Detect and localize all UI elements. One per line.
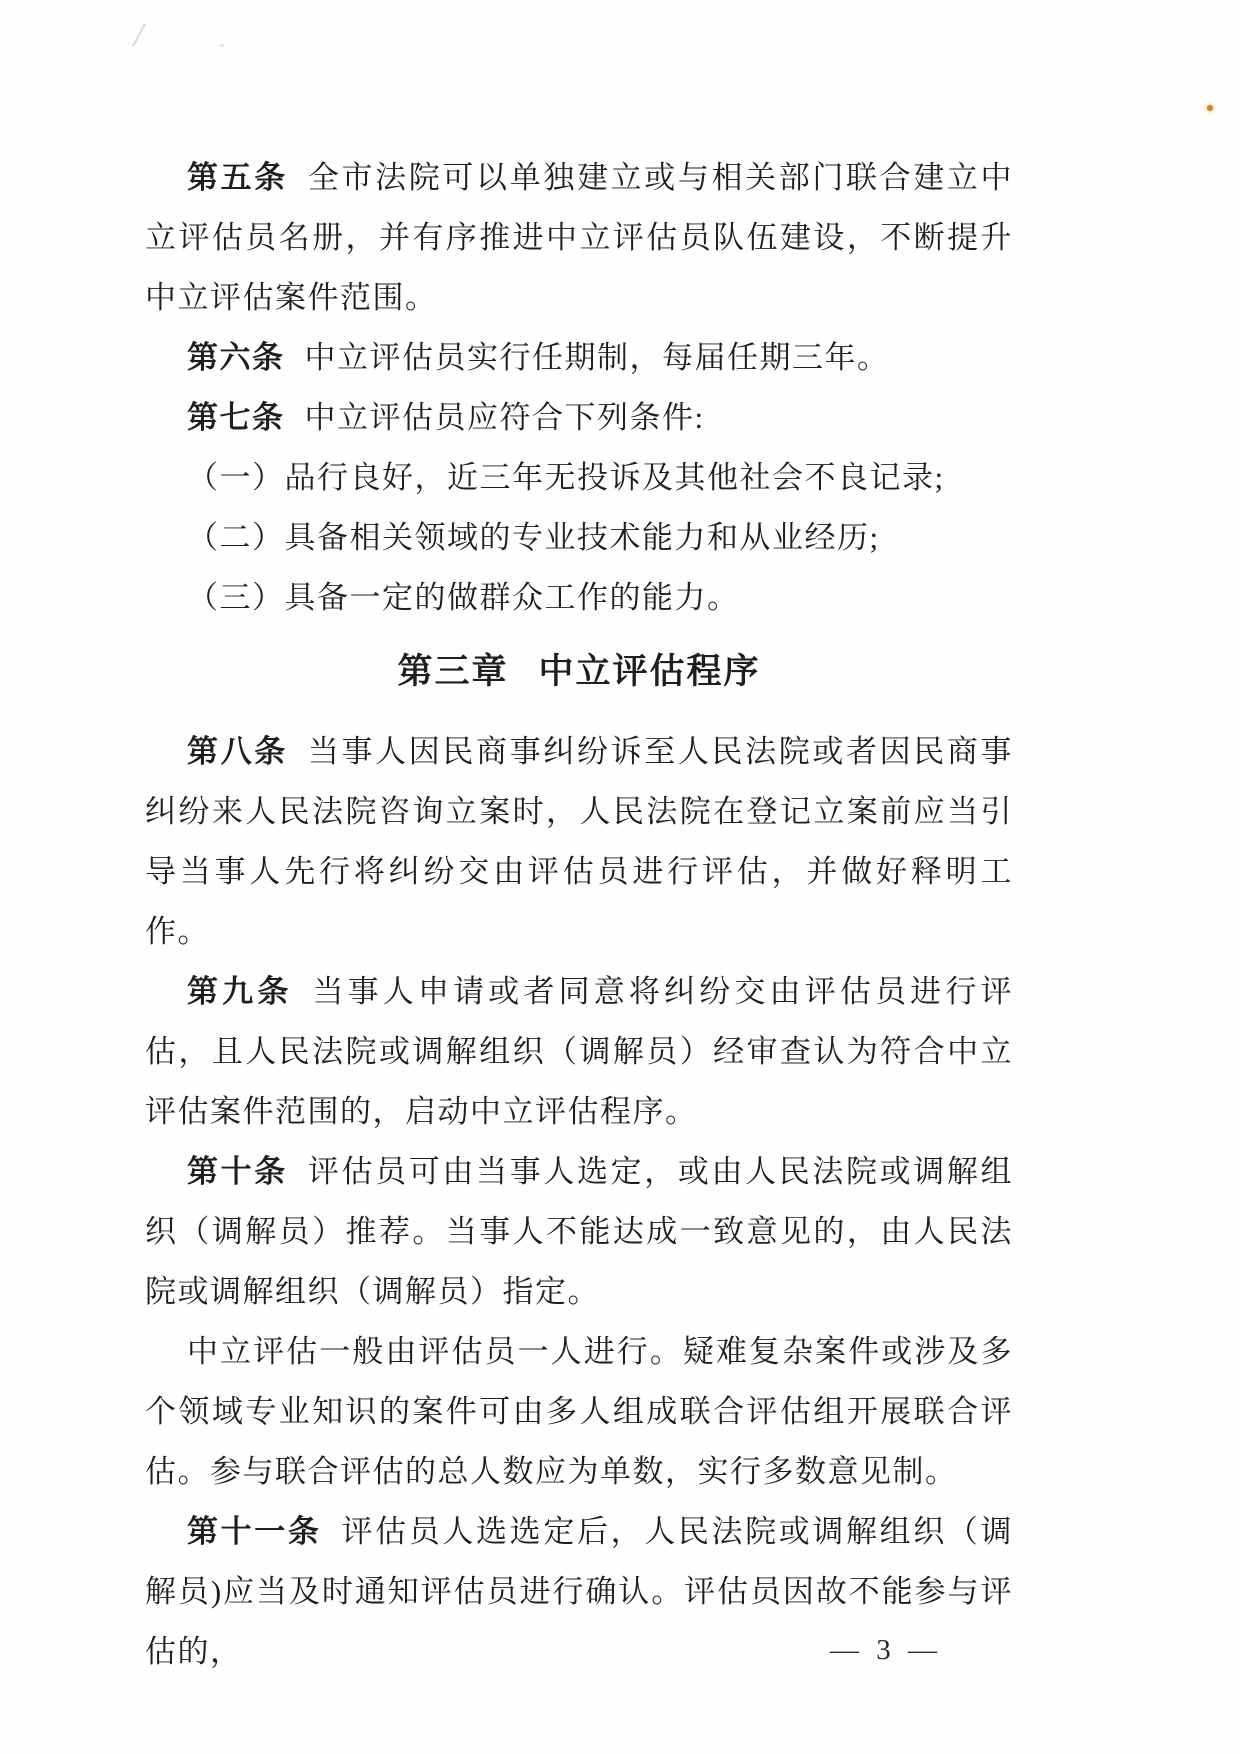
article-6-paragraph: 第六条中立评估员实行任期制，每届任期三年。 [145, 328, 1013, 388]
article-6-number: 第六条 [187, 340, 285, 375]
scan-artifact-speck [220, 44, 224, 47]
condition-item-3: （三）具备一定的做群众工作的能力。 [145, 568, 1013, 628]
article-8-number: 第八条 [187, 734, 288, 769]
scan-artifact-scratch [132, 23, 146, 47]
article-7-text: 中立评估员应符合下列条件: [305, 400, 705, 435]
document-body: 第五条全市法院可以单独建立或与相关部门联合建立中立评估员名册，并有序推进中立评估… [145, 148, 1013, 1682]
article-7-paragraph: 第七条中立评估员应符合下列条件: [145, 388, 1013, 448]
article-11-number: 第十一条 [187, 1514, 322, 1549]
article-5-number: 第五条 [187, 160, 288, 195]
condition-item-2: （二）具备相关领域的专业技术能力和从业经历; [145, 508, 1013, 568]
article-7-number: 第七条 [187, 400, 285, 435]
chapter-number: 第三章 [397, 652, 508, 691]
article-5-paragraph: 第五条全市法院可以单独建立或与相关部门联合建立中立评估员名册，并有序推进中立评估… [145, 148, 1013, 328]
article-9-paragraph: 第九条当事人申请或者同意将纠纷交由评估员进行评估，且人民法院或调解组织（调解员）… [145, 962, 1013, 1142]
article-10-paragraph: 第十条评估员可由当事人选定，或由人民法院或调解组织（调解员）推荐。当事人不能达成… [145, 1142, 1013, 1322]
article-10-continuation-paragraph: 中立评估一般由评估员一人进行。疑难复杂案件或涉及多个领域专业知识的案件可由多人组… [145, 1322, 1013, 1502]
chapter-title: 中立评估程序 [539, 652, 761, 691]
condition-item-1: （一）品行良好，近三年无投诉及其他社会不良记录; [145, 448, 1013, 508]
article-6-text: 中立评估员实行任期制，每届任期三年。 [305, 340, 890, 375]
page-number: — 3 — [830, 1634, 942, 1667]
article-8-paragraph: 第八条当事人因民商事纠纷诉至人民法院或者因民商事纠纷来人民法院咨询立案时，人民法… [145, 722, 1013, 962]
article-9-number: 第九条 [187, 974, 292, 1009]
scan-artifact-dot [1207, 105, 1213, 111]
article-10-number: 第十条 [187, 1154, 288, 1189]
chapter-heading: 第三章中立评估程序 [145, 642, 1013, 702]
scanned-document-page: 第五条全市法院可以单独建立或与相关部门联合建立中立评估员名册，并有序推进中立评估… [0, 0, 1240, 1754]
